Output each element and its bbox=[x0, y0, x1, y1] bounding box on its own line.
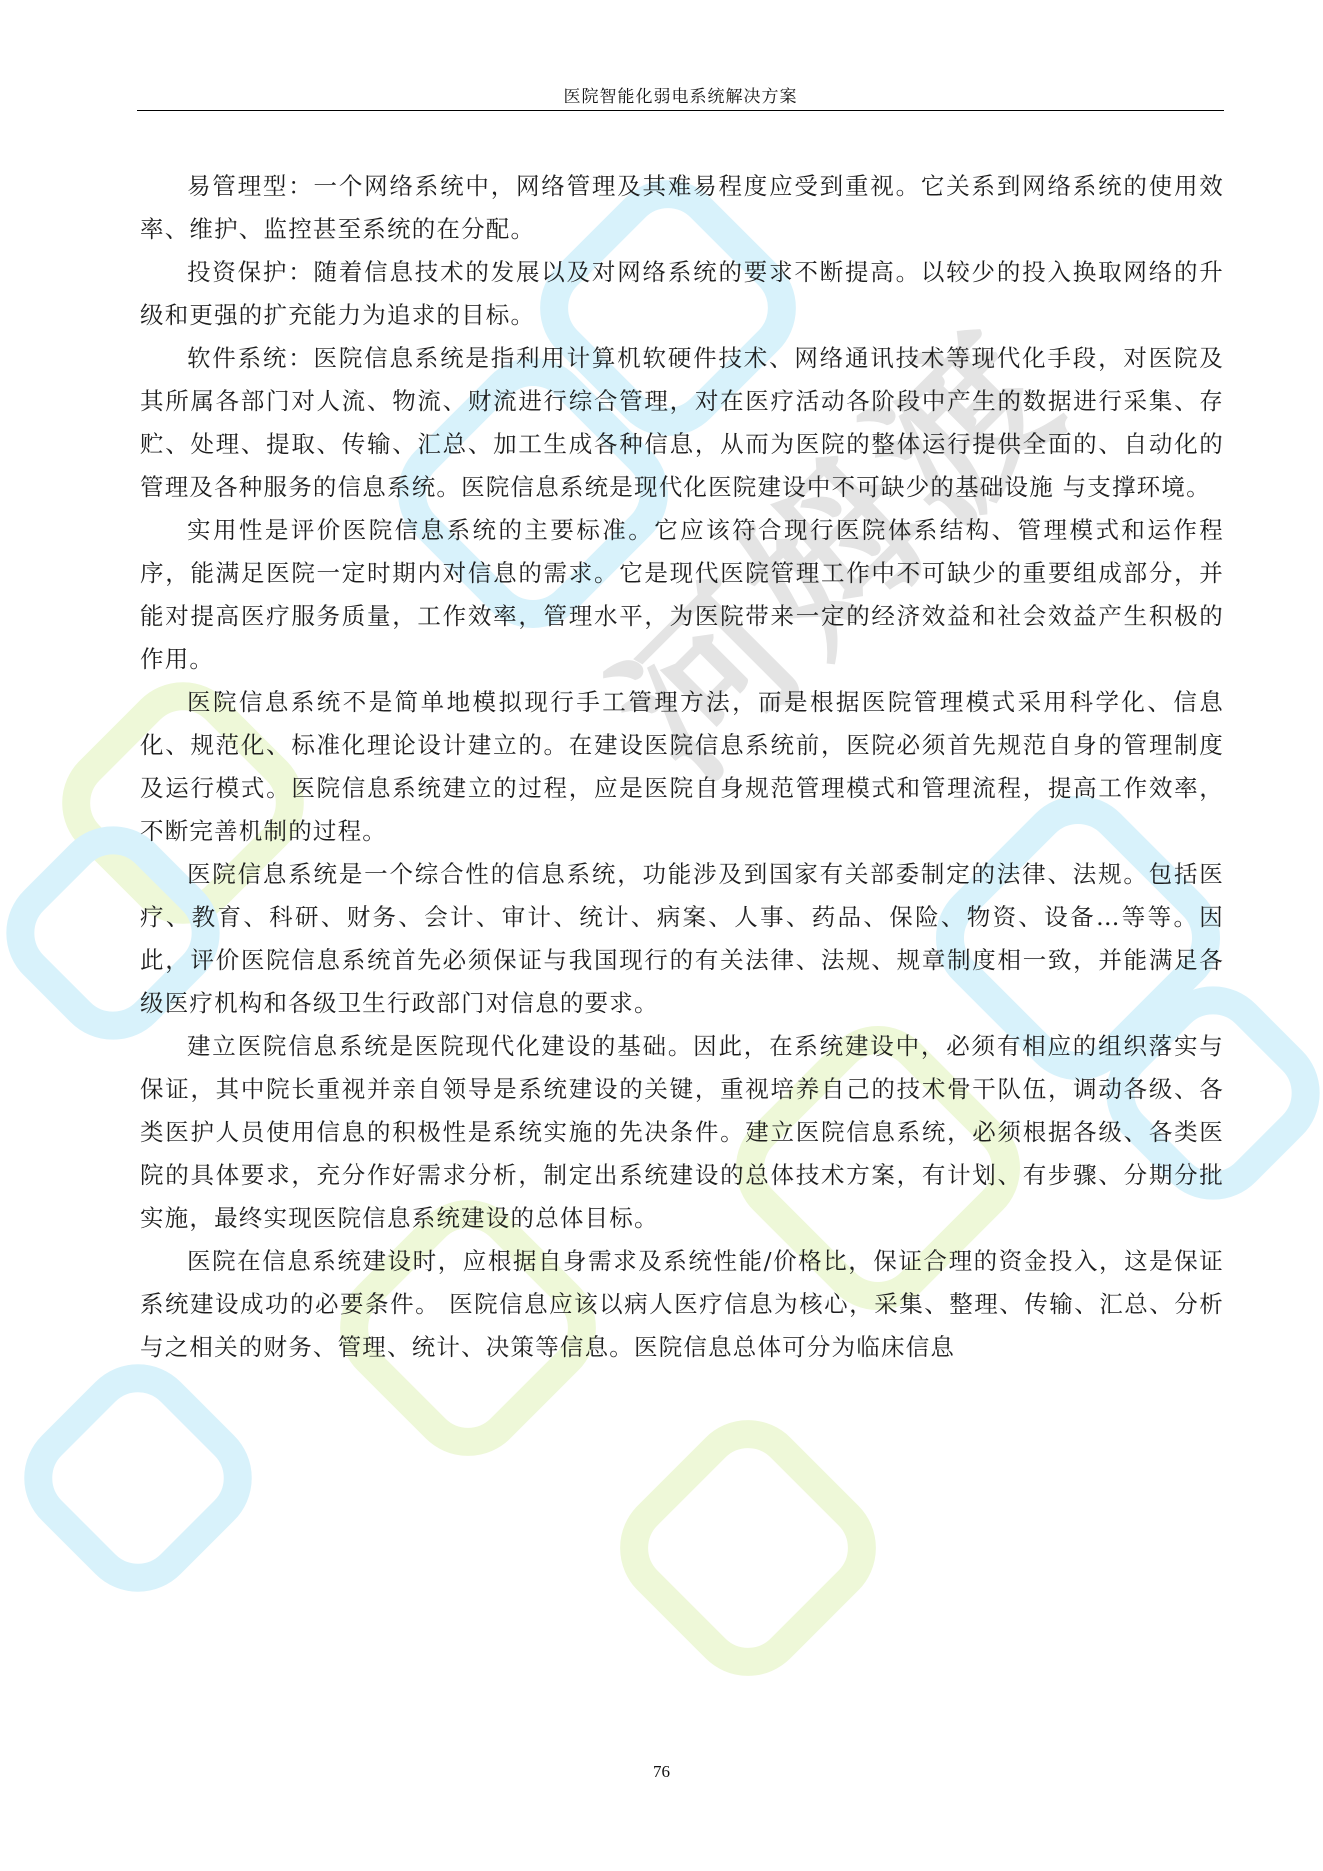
paragraph: 建立医院信息系统是医院现代化建设的基础。因此，在系统建设中，必须有相应的组织落实… bbox=[140, 1025, 1224, 1240]
paragraph: 医院信息系统是一个综合性的信息系统，功能涉及到国家有关部委制定的法律、法规。包括… bbox=[140, 853, 1224, 1025]
paragraph: 医院信息系统不是简单地模拟现行手工管理方法，而是根据医院管理模式采用科学化、信息… bbox=[140, 681, 1224, 853]
paragraph: 软件系统：医院信息系统是指利用计算机软硬件技术、网络通讯技术等现代化手段，对医院… bbox=[140, 337, 1224, 509]
document-body: 易管理型：一个网络系统中，网络管理及其难易程度应受到重视。它关系到网络系统的使用… bbox=[140, 165, 1224, 1369]
paragraph: 医院在信息系统建设时，应根据自身需求及系统性能/价格比，保证合理的资金投入，这是… bbox=[140, 1240, 1224, 1369]
document-title: 医院智能化弱电系统解决方案 bbox=[137, 82, 1224, 107]
paragraph: 易管理型：一个网络系统中，网络管理及其难易程度应受到重视。它关系到网络系统的使用… bbox=[140, 165, 1224, 251]
watermark-shape bbox=[595, 1395, 900, 1700]
page-number: 76 bbox=[0, 1762, 1323, 1782]
paragraph: 实用性是评价医院信息系统的主要标准。它应该符合现行医院体系结构、管理模式和运作程… bbox=[140, 509, 1224, 681]
watermark-shape bbox=[0, 1339, 277, 1616]
paragraph: 投资保护：随着信息技术的发展以及对网络系统的要求不断提高。以较少的投入换取网络的… bbox=[140, 251, 1224, 337]
page-header: 医院智能化弱电系统解决方案 bbox=[137, 80, 1224, 111]
